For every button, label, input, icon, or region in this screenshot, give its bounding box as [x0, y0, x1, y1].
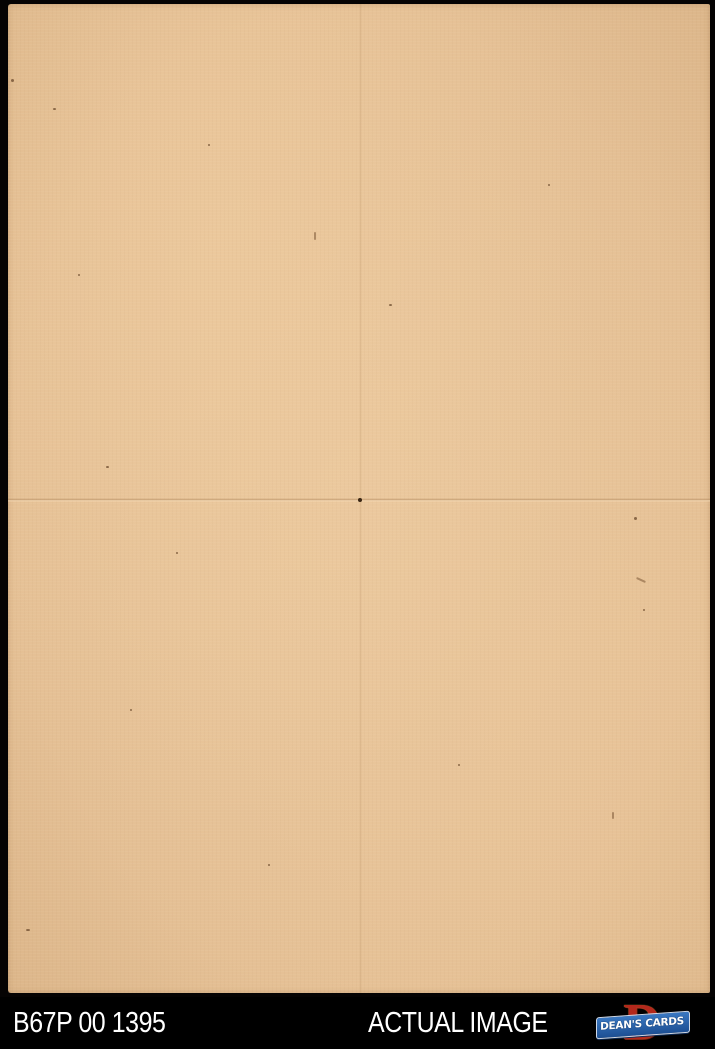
- paper-speck: [78, 274, 80, 276]
- actual-image-label: ACTUAL IMAGE: [368, 1005, 548, 1041]
- paper-speck: [389, 304, 392, 306]
- paper-speck: [26, 929, 30, 931]
- paper-fiber: [636, 577, 646, 583]
- paper-speck: [548, 184, 550, 186]
- paper-speck: [634, 517, 637, 520]
- paper-speck: [53, 108, 56, 110]
- fold-intersection-mark: [358, 498, 362, 502]
- paper-speck: [268, 864, 270, 866]
- paper-speck: [643, 609, 645, 611]
- paper-fiber: [612, 812, 614, 819]
- card-back-photo: [8, 4, 710, 993]
- inventory-code: B67P 00 1395: [13, 1005, 165, 1041]
- deans-cards-logo: D DEAN'S CARDS: [596, 1000, 688, 1046]
- paper-speck: [106, 466, 109, 468]
- paper-fiber: [314, 232, 316, 240]
- caption-bar: B67P 00 1395 ACTUAL IMAGE D DEAN'S CARDS: [0, 997, 715, 1049]
- paper-speck: [208, 144, 210, 146]
- scan-area: [0, 0, 715, 997]
- paper-speck: [130, 709, 132, 711]
- paper-speck: [176, 552, 178, 554]
- paper-speck: [11, 79, 14, 82]
- paper-speck: [458, 764, 460, 766]
